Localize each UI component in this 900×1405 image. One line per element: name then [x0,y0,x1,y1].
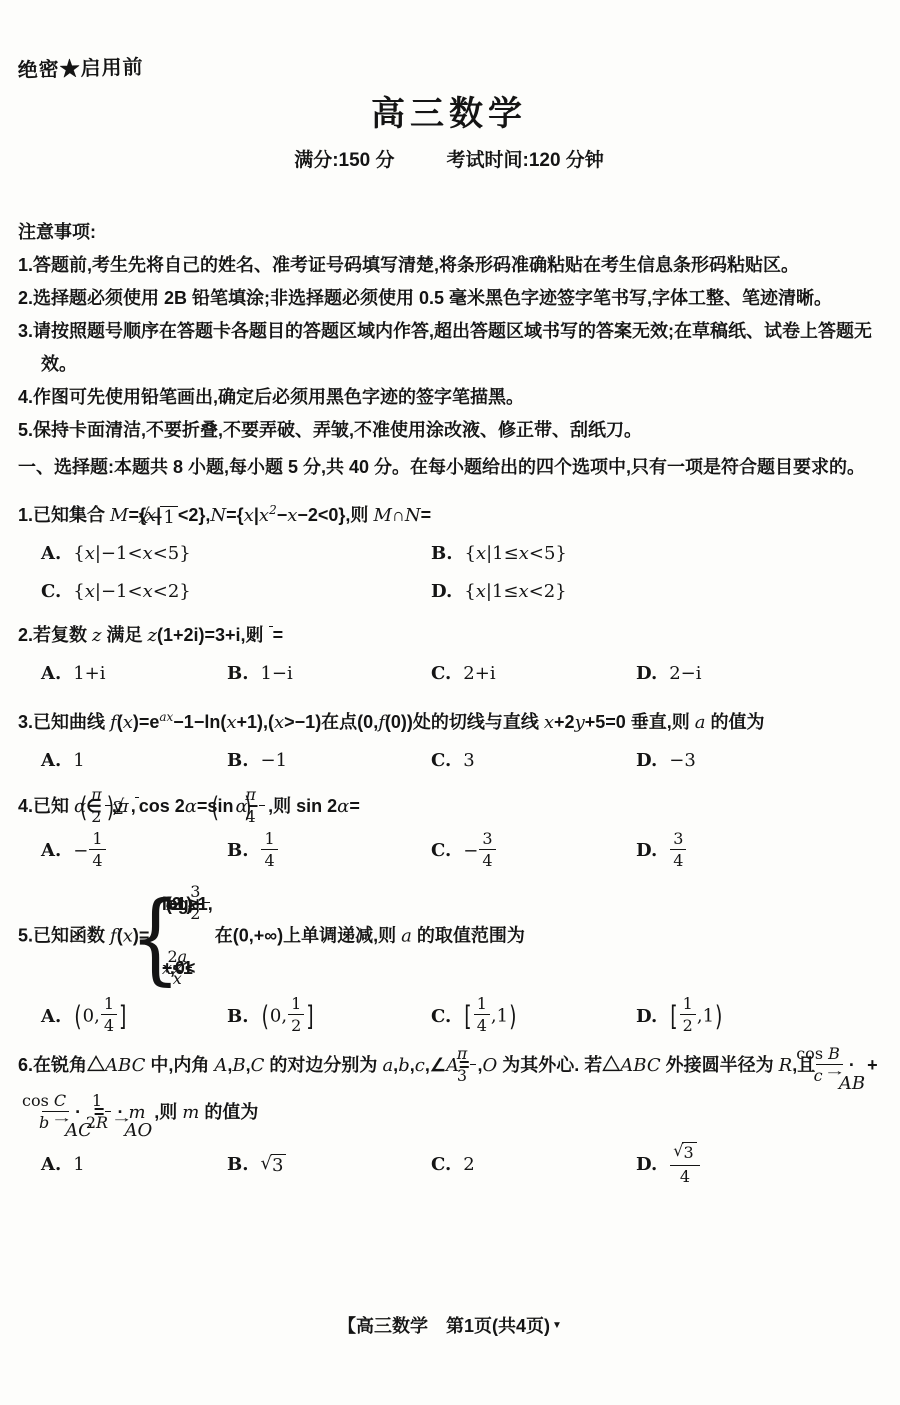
notes-list: 1.答题前,考生先将自己的姓名、准考证号码填写清楚,将条形码准确粘贴在考生信息条… [18,249,880,447]
math-var: f [110,925,117,946]
math-var: x [519,543,529,564]
option-B: B.−1 [227,743,431,778]
math-var: x [173,969,182,988]
math-var: m [182,1102,199,1123]
option-label: B. [227,663,248,684]
math-var: y [575,712,585,733]
option-label: A. [41,1006,61,1027]
question-stem: 1.已知集合 M={x|√x−1<2},N={x|x2−x−2<0},则 M∩N… [18,493,880,533]
option-label: B. [227,750,248,771]
options: A.1+iB.1−iC.2+iD.2−i [41,656,880,691]
question-stem: 6.在锐角△ABC 中,内角 A,B,C 的对边分别为 a,b,c,∠A=π3,… [18,1046,880,1140]
option-C: C.−34 [431,831,636,872]
math-var: b [39,1113,49,1132]
math-var: π [91,785,102,804]
option-label: C. [431,663,451,684]
option-label: B. [227,1006,248,1027]
fraction: 2ax [186,947,192,988]
big-delimiter: ) [715,1001,722,1033]
math-var: π [457,1044,468,1063]
question-stem: 2.若复数 z 满足 z(1+2i)=3+i,则 z= [18,618,880,653]
fraction: π4 [259,785,265,826]
math-var: N [210,505,226,526]
option-A: A.−14 [41,831,227,872]
option-C: C.3 [431,743,636,778]
math-var: f [378,712,385,733]
fraction: 34 [479,829,495,870]
option-label: C. [431,750,451,771]
option-label: D. [636,1154,657,1175]
question-1: 1.已知集合 M={x|√x−1<2},N={x|x2−x−2<0},则 M∩N… [18,493,880,609]
section-heading: 一、选择题:本题共 8 小题,每小题 5 分,共 40 分。在每小题给出的四个选… [18,450,880,484]
big-delimiter: ) [509,1001,516,1033]
big-delimiter: ( [261,1001,268,1033]
option-D: D.2−i [636,656,880,691]
page-title: 高三数学 [18,93,880,135]
overline-var: z [269,626,273,646]
fraction: 32 [204,882,210,923]
fraction: π3 [470,1044,476,1085]
option-content: 2 [463,1154,474,1175]
option-content: √3 [260,1153,286,1178]
math-var: x [544,712,554,733]
sqrt: √3 [260,1154,286,1178]
exam-meta: 满分:150 分 考试时间:120 分钟 [18,148,880,174]
math-var: α [185,796,197,817]
question-3: 3.已知曲线 f(x)=eax−1−ln(x+1),(x>−1)在点(0,f(0… [18,700,880,778]
option-content: 1 [73,1154,84,1175]
note-item: 3.请按照题号顺序在答题卡各题目的答题区域内作答,超出答题区域书写的答案无效;在… [18,315,880,381]
option-label: B. [227,840,248,861]
full-score: 满分:150 分 [294,148,394,174]
option-content: 1 [73,750,84,771]
note-item: 5.保持卡面清洁,不要折叠,不要弄破、弄皱,不准使用涂改液、修正带、刮纸刀。 [18,414,880,447]
option-D: D.[12,1) [636,996,880,1037]
option-label: A. [41,663,61,684]
option-content: 34 [669,831,687,872]
option-label: A. [41,750,61,771]
option-B: B.√3 [227,1147,431,1182]
question-5: 5.已知函数 f(x)={loga(2x−1)+32,x≥1,x+2ax,0<x… [18,880,880,1037]
options: A.1B.√3C.2D.√34 [41,1143,880,1187]
big-delimiter: ( [74,1001,81,1033]
question-2: 2.若复数 z 满足 z(1+2i)=3+i,则 z=A.1+iB.1−iC.2… [18,618,880,691]
fraction: 34 [670,829,686,870]
option-content: 14 [260,831,278,872]
vector: →AO [148,1114,153,1140]
piecewise-cases: {loga(2x−1)+32,x≥1,x+2ax,0<x<1 [151,884,212,989]
fraction: 14 [474,994,490,1035]
option-label: D. [636,1006,657,1027]
option-D: D.−3 [636,743,880,778]
superscript: 2 [269,503,277,517]
math-var: x [274,712,284,733]
options: A.(0,14]B.(0,12]C.[14,1)D.[12,1) [41,996,880,1037]
option-A: A.1 [41,1147,227,1182]
math-var: x [143,543,153,564]
option-content: {x|1≤x<2} [464,581,566,602]
math-var: x [138,507,148,528]
math-var: α [337,796,349,817]
fraction: √34 [670,1141,699,1185]
option-B: B.14 [227,831,431,872]
sqrt: √x−1 [161,506,178,530]
page-footer: 【高三数学 第1页(共4页)▼ [0,1313,900,1339]
question-stem: 3.已知曲线 f(x)=eax−1−ln(x+1),(x>−1)在点(0,f(0… [18,700,880,740]
question-4: 4.已知 α∈(π2,π),√2cos 2α=sin(α−π4),则 sin 2… [18,787,880,871]
math-var: c [814,1066,823,1085]
math-var: x [85,543,95,564]
option-content: (0,12] [260,996,314,1037]
option-B: B.(0,12] [227,996,431,1037]
option-content: [12,1) [669,996,723,1037]
option-B: B.{x|1≤x<5} [431,536,880,571]
math-var: z [92,625,101,646]
math-var: x [287,505,297,526]
option-A: A.1+i [41,656,227,691]
note-item: 1.答题前,考生先将自己的姓名、准考证号码填写清楚,将条形码准确粘贴在考生信息条… [18,249,880,282]
option-A: A.{x|−1<x<5} [41,536,431,571]
option-label: C. [431,1154,451,1175]
option-D: D.34 [636,831,880,872]
option-D: D.√34 [636,1143,880,1187]
option-B: B.1−i [227,656,431,691]
option-C: C.2+i [431,656,636,691]
option-content: −34 [463,831,496,872]
math-var: z [148,625,157,646]
fraction: 14 [89,829,105,870]
classification-label: 绝密★启用前 [17,50,144,83]
math-var: ABC [620,1055,660,1076]
note-item: 4.作图可先使用铅笔画出,确定后必须用黑色字迹的签字笔描黑。 [18,381,880,414]
math-var: x [244,505,254,526]
exam-page: 绝密★启用前 高三数学 满分:150 分 考试时间:120 分钟 注意事项: 1… [0,0,900,1405]
math-var: N [405,505,421,526]
option-C: C.{x|−1<x<2} [41,574,431,609]
math-var: f [110,712,117,733]
option-C: C.2 [431,1147,636,1182]
math-var: x [259,505,269,526]
option-label: A. [41,1154,61,1175]
option-label: C. [431,1006,451,1027]
math-var: x [123,712,133,733]
option-label: D. [636,750,657,771]
question-6: 6.在锐角△ABC 中,内角 A,B,C 的对边分别为 a,b,c,∠A=π3,… [18,1046,880,1187]
option-D: D.{x|1≤x<2} [431,574,880,609]
option-content: 3 [463,750,474,771]
big-delimiter: [ [670,1001,677,1033]
sqrt: √3 [673,1142,696,1163]
questions: 1.已知集合 M={x|√x−1<2},N={x|x2−x−2<0},则 M∩N… [18,493,880,1187]
note-item: 2.选择题必须使用 2B 铅笔填涂;非选择题必须使用 0.5 毫米黑色字迹签字笔… [18,282,880,315]
math-var: x [476,543,486,564]
option-content: 1−i [260,663,292,684]
math-var: C [54,1091,66,1110]
math-var: a [401,925,412,946]
option-label: D. [431,581,452,602]
option-content: {x|−1<x<2} [73,581,190,602]
option-C: C.[14,1) [431,996,636,1037]
math-var: R [779,1055,793,1076]
math-var: x [476,581,486,602]
math-var: A [214,1055,227,1076]
option-content: √34 [669,1143,700,1187]
option-label: B. [227,1154,248,1175]
big-delimiter: ] [119,1001,126,1033]
math-var: c [415,1055,425,1076]
option-content: 2−i [669,663,701,684]
exam-duration: 考试时间:120 分钟 [447,148,604,174]
math-var: M [110,505,128,526]
option-label: C. [41,581,61,602]
option-content: [14,1) [463,996,517,1037]
options: A.{x|−1<x<5}B.{x|1≤x<5}C.{x|−1<x<2}D.{x|… [41,536,880,609]
math-var: x [518,581,528,602]
math-var: a [695,712,706,733]
math-var: x [85,581,95,602]
option-content: 2+i [463,663,495,684]
option-content: −14 [73,831,106,872]
option-label: C. [431,840,451,861]
options: A.1B.−1C.3D.−3 [41,743,880,778]
option-label: A. [41,543,61,564]
big-delimiter: [ [464,1001,471,1033]
option-label: A. [41,840,61,861]
math-var: x [226,712,236,733]
superscript: ax [159,710,173,724]
math-var: ABC [105,1055,145,1076]
option-A: A.(0,14] [41,996,227,1037]
option-content: 1+i [73,663,105,684]
option-content: −1 [260,750,287,771]
fraction: 14 [261,829,277,870]
option-A: A.1 [41,743,227,778]
options: A.−14B.14C.−34D.34 [41,831,880,872]
notes: 注意事项: 1.答题前,考生先将自己的姓名、准考证号码填写清楚,将条形码准确粘贴… [18,216,880,447]
sqrt: √2 [136,797,139,821]
math-var: a [178,947,188,966]
fraction: 12 [680,994,696,1035]
big-delimiter: ] [306,1001,313,1033]
math-var: O [483,1055,498,1076]
question-stem: 5.已知函数 f(x)={loga(2x−1)+32,x≥1,x+2ax,0<x… [18,880,880,993]
math-var: C [251,1055,265,1076]
fraction: 12 [288,994,304,1035]
footer-mark: ▼ [552,1320,562,1331]
option-content: (0,14] [73,996,127,1037]
option-label: D. [636,840,657,861]
math-var: a [382,1055,393,1076]
math-var: B [232,1055,245,1076]
footer-text: 【高三数学 第1页(共4页) [338,1316,550,1336]
notes-heading: 注意事项: [18,216,880,249]
math-var: B [828,1044,840,1063]
math-var: R [96,1113,108,1132]
option-content: −3 [669,750,696,771]
vector: →AB [862,1067,865,1093]
math-var: b [398,1055,410,1076]
question-stem: 4.已知 α∈(π2,π),√2cos 2α=sin(α−π4),则 sin 2… [18,787,880,828]
option-content: {x|−1<x<5} [73,543,190,564]
option-label: B. [431,543,452,564]
math-var: M [373,505,391,526]
option-content: {x|1≤x<5} [464,543,566,564]
math-var: x [143,581,153,602]
fraction: 14 [101,994,117,1035]
option-label: D. [636,663,657,684]
